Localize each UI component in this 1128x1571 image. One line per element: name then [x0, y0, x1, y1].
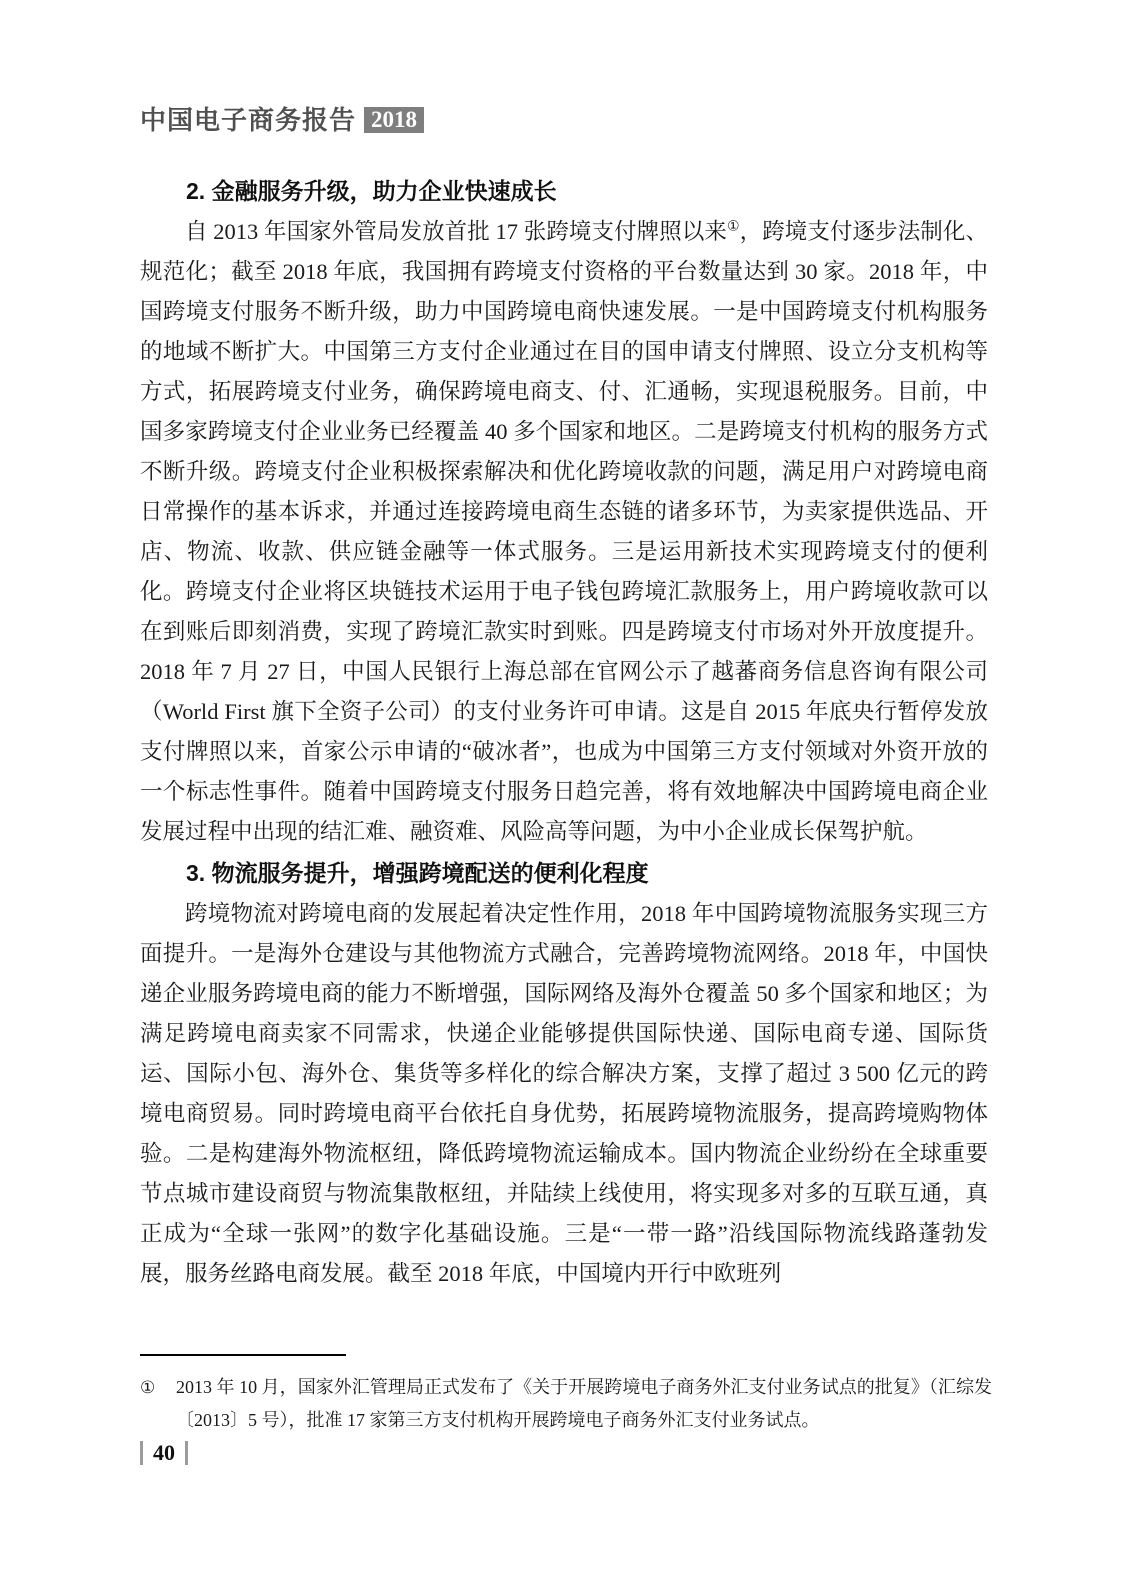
document-page: 中国电子商务报告 2018 2. 金融服务升级，助力企业快速成长 自 2013 …	[0, 0, 1128, 1571]
paragraph-text: 自 2013 年国家外管局发放首批 17 张跨境支付牌照以来	[185, 219, 727, 244]
section-heading-finance: 2. 金融服务升级，助力企业快速成长	[140, 170, 988, 212]
paragraph-finance: 自 2013 年国家外管局发放首批 17 张跨境支付牌照以来①，跨境支付逐步法制…	[140, 212, 988, 852]
section-heading-logistics: 3. 物流服务提升，增强跨境配送的便利化程度	[140, 852, 988, 894]
paragraph-logistics: 跨境物流对跨境电商的发展起着决定性作用，2018 年中国跨境物流服务实现三方面提…	[140, 894, 988, 1294]
footnote-separator	[140, 1354, 346, 1356]
paragraph-text: ，跨境支付逐步法制化、规范化；截至 2018 年底，我国拥有跨境支付资格的平台数…	[140, 219, 988, 844]
page-body: 2. 金融服务升级，助力企业快速成长 自 2013 年国家外管局发放首批 17 …	[140, 170, 988, 1294]
year-badge: 2018	[364, 107, 424, 133]
page-number-value: 40	[153, 1440, 175, 1466]
footnote-reference: ①	[727, 220, 740, 235]
running-head: 中国电子商务报告 2018	[140, 106, 424, 134]
footnote-text: 2013 年 10 月，国家外汇管理局正式发布了《关于开展跨境电子商务外汇支付业…	[176, 1371, 992, 1437]
page-number: 40	[140, 1440, 188, 1466]
page-number-bar-right	[185, 1441, 188, 1465]
footnote-marker: ①	[140, 1371, 176, 1437]
page-number-bar-left	[140, 1441, 143, 1465]
report-title: 中国电子商务报告	[140, 106, 356, 134]
footnote: ① 2013 年 10 月，国家外汇管理局正式发布了《关于开展跨境电子商务外汇支…	[140, 1371, 992, 1437]
